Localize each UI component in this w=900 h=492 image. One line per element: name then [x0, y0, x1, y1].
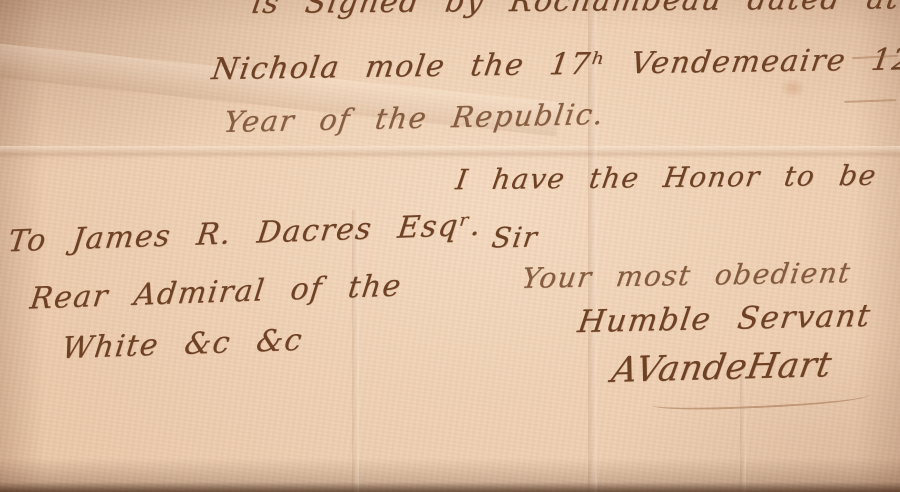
handwriting-addressee-name: To James R. Dacres Esqʳ. [6, 208, 484, 260]
manuscript-letter-photo: is Signed by Rochambeau dated at the Cap… [0, 0, 900, 492]
handwriting-body-line-1: is Signed by Rochambeau dated at the Cap… [249, 0, 900, 21]
fold-crease-diagonal [0, 38, 560, 137]
handwriting-signature: AVandeHart [609, 345, 835, 391]
fold-crease-vertical-left [352, 210, 359, 492]
handwriting-addressee-title-2: White &c &c [60, 323, 305, 367]
flourish-dash-right-margin [844, 99, 896, 103]
handwriting-valediction-1: I have the Honor to be [454, 159, 880, 196]
photo-bottom-edge-shadow [0, 482, 900, 492]
handwriting-valediction-2: Your most obedient [520, 256, 854, 295]
handwriting-salutation: Sir [490, 221, 541, 255]
fold-crease-vertical-right [740, 372, 746, 492]
handwriting-valediction-3: Humble Servant [576, 298, 874, 340]
paper-stain [780, 78, 806, 98]
handwriting-body-line-3: Year of the Republic. [222, 97, 607, 139]
handwriting-body-line-2: Nichola mole the 17ʰ Vendemeaire 12ᵗʰ [210, 42, 900, 87]
flourish-dash-after-date [852, 55, 898, 59]
signature-underline-flourish [652, 388, 870, 412]
fold-crease-horizontal [0, 146, 900, 158]
fold-crease-vertical-center [588, 0, 597, 492]
handwriting-addressee-title: Rear Admiral of the [28, 268, 404, 316]
